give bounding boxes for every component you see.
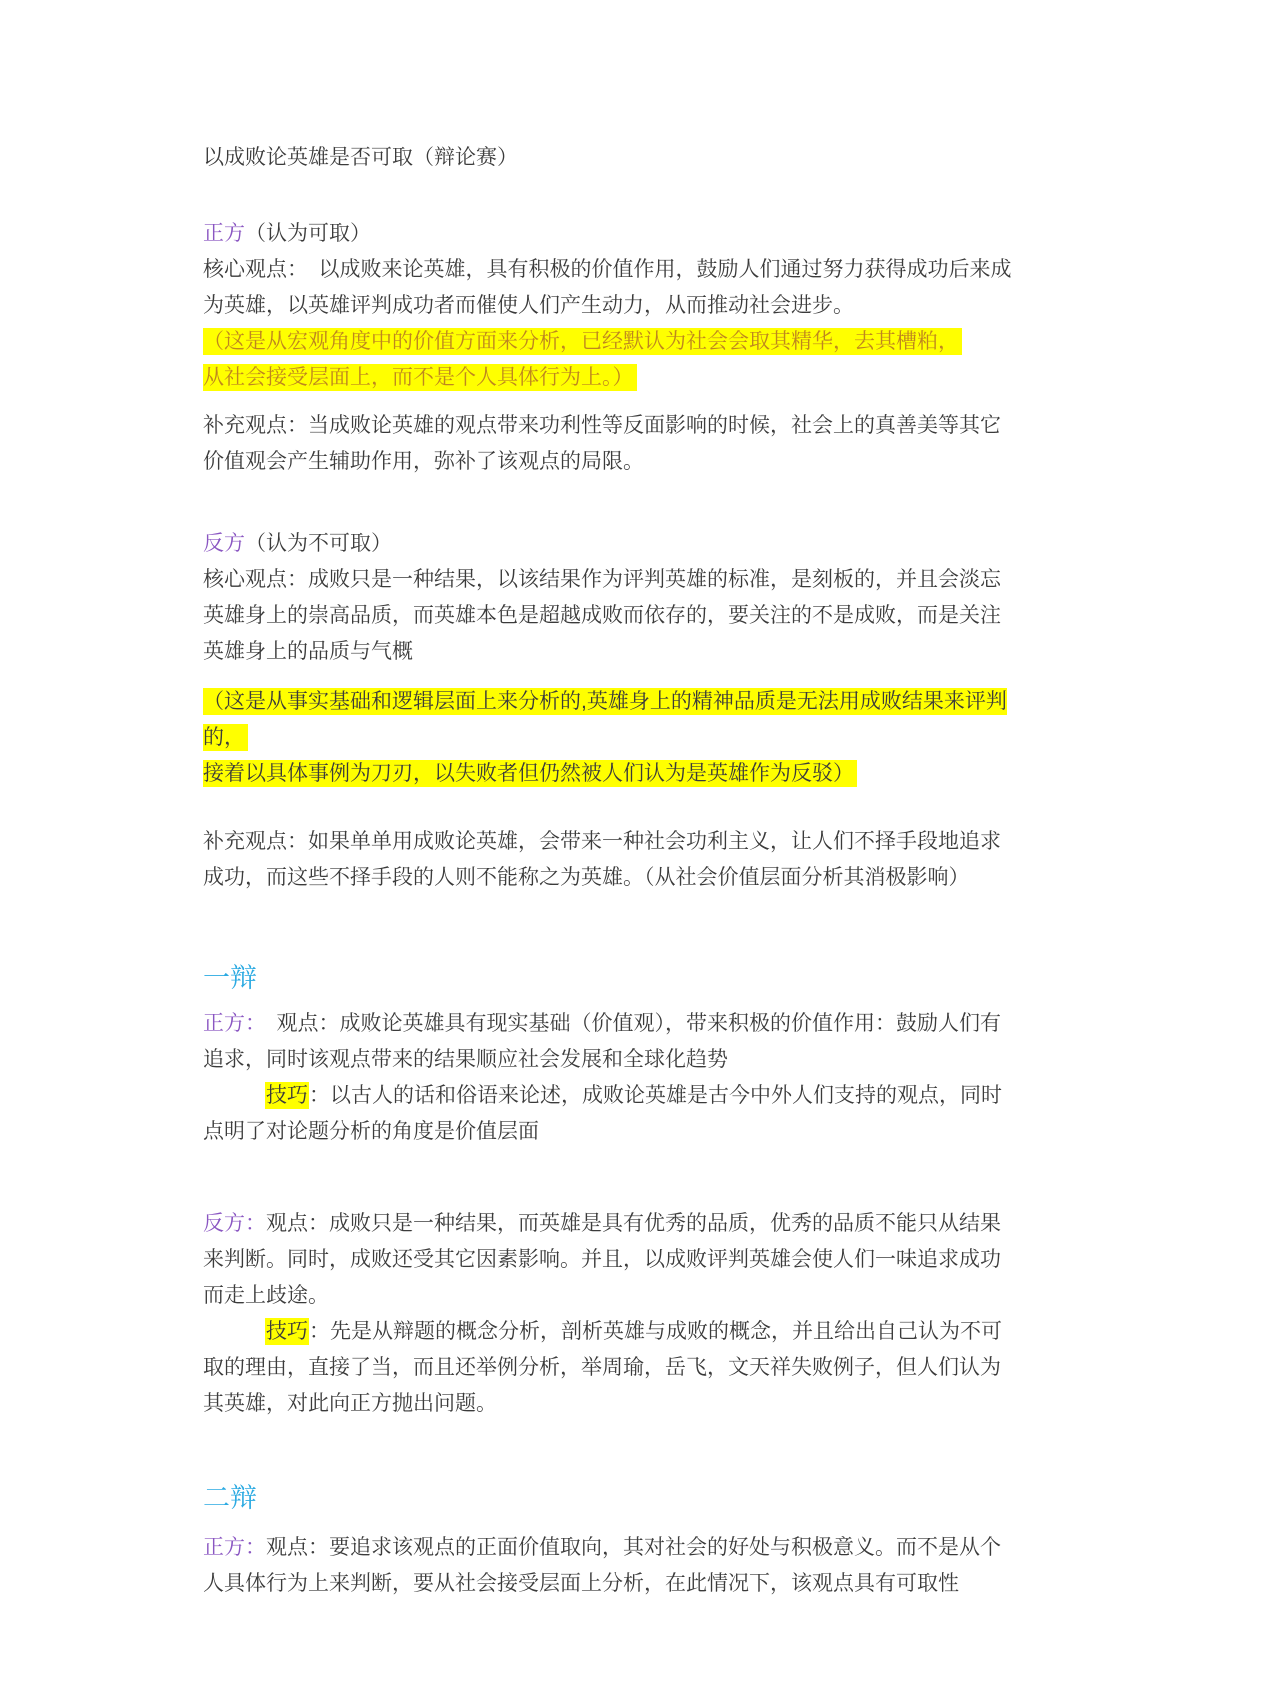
debate2-heading: 二辩 (203, 1478, 1021, 1518)
con-supplement: 补充观点：如果单单用成败论英雄，会带来一种社会功利主义，让人们不择手段地追求成功… (203, 824, 1021, 896)
debate1-pro-label: 正方： (203, 1012, 256, 1035)
debate1-pro-skill: 技巧：以古人的话和俗语来论述，成败论英雄是古今中外人们支持的观点，同时点明了对论… (203, 1078, 1021, 1150)
debate1-pro-viewpoint: 正方： 观点：成败论英雄具有现实基础（价值观），带来积极的价值作用：鼓励人们有追… (203, 1006, 1021, 1078)
con-stance-heading: 反方（认为不可取） (203, 526, 1021, 562)
debate1-heading: 一辩 (203, 958, 1021, 998)
debate1-con-skill-tag: 技巧 (265, 1318, 309, 1345)
pro-label-paren: （认为可取） (245, 222, 371, 245)
pro-highlight-note-line2: 从社会接受层面上，而不是个人具体行为上。） (203, 360, 1021, 396)
debate2-pro-viewpoint: 正方：观点：要追求该观点的正面价值取向，其对社会的好处与积极意义。而不是从个人具… (203, 1530, 1021, 1602)
debate1-con-label: 反方： (203, 1212, 266, 1235)
pro-supplement: 补充观点：当成败论英雄的观点带来功利性等反面影响的时候，社会上的真善美等其它价值… (203, 408, 1021, 480)
pro-core-viewpoint: 核心观点： 以成败来论英雄，具有积极的价值作用，鼓励人们通过努力获得成功后来成为… (203, 252, 1021, 324)
debate1-con-viewpoint: 反方：观点：成败只是一种结果，而英雄是具有优秀的品质，优秀的品质不能只从结果来判… (203, 1206, 1021, 1314)
pro-label: 正方 (203, 222, 245, 245)
pro-stance-heading: 正方（认为可取） (203, 216, 1021, 252)
pro-highlight-note-line1: （这是从宏观角度中的价值方面来分析，已经默认为社会会取其精华，去其槽粕， (203, 324, 1021, 360)
debate2-pro-label: 正方： (203, 1536, 266, 1559)
con-highlight-note-line1: （这是从事实基础和逻辑层面上来分析的,英雄身上的精神品质是无法用成败结果来评判的… (203, 684, 1021, 756)
con-highlight-note-line2: 接着以具体事例为刀刃，以失败者但仍然被人们认为是英雄作为反驳） (203, 756, 1021, 792)
section-debate-2: 二辩 正方：观点：要追求该观点的正面价值取向，其对社会的好处与积极意义。而不是从… (203, 1478, 1021, 1602)
con-core-viewpoint: 核心观点：成败只是一种结果，以该结果作为评判英雄的标准，是刻板的，并且会淡忘英雄… (203, 562, 1021, 670)
section-debate-1: 一辩 正方： 观点：成败论英雄具有现实基础（价值观），带来积极的价值作用：鼓励人… (203, 958, 1021, 1422)
section-pro-stance: 正方（认为可取） 核心观点： 以成败来论英雄，具有积极的价值作用，鼓励人们通过努… (203, 216, 1021, 480)
document-title: 以成败论英雄是否可取（辩论赛） (203, 140, 1021, 176)
con-label-paren: （认为不可取） (245, 532, 392, 555)
section-con-stance: 反方（认为不可取） 核心观点：成败只是一种结果，以该结果作为评判英雄的标准，是刻… (203, 526, 1021, 896)
debate1-pro-skill-tag: 技巧 (265, 1082, 309, 1109)
debate1-con-skill: 技巧：先是从辩题的概念分析，剖析英雄与成败的概念，并且给出自己认为不可取的理由，… (203, 1314, 1021, 1422)
con-label: 反方 (203, 532, 245, 555)
document-page: 以成败论英雄是否可取（辩论赛） 正方（认为可取） 核心观点： 以成败来论英雄，具… (203, 0, 1021, 1602)
